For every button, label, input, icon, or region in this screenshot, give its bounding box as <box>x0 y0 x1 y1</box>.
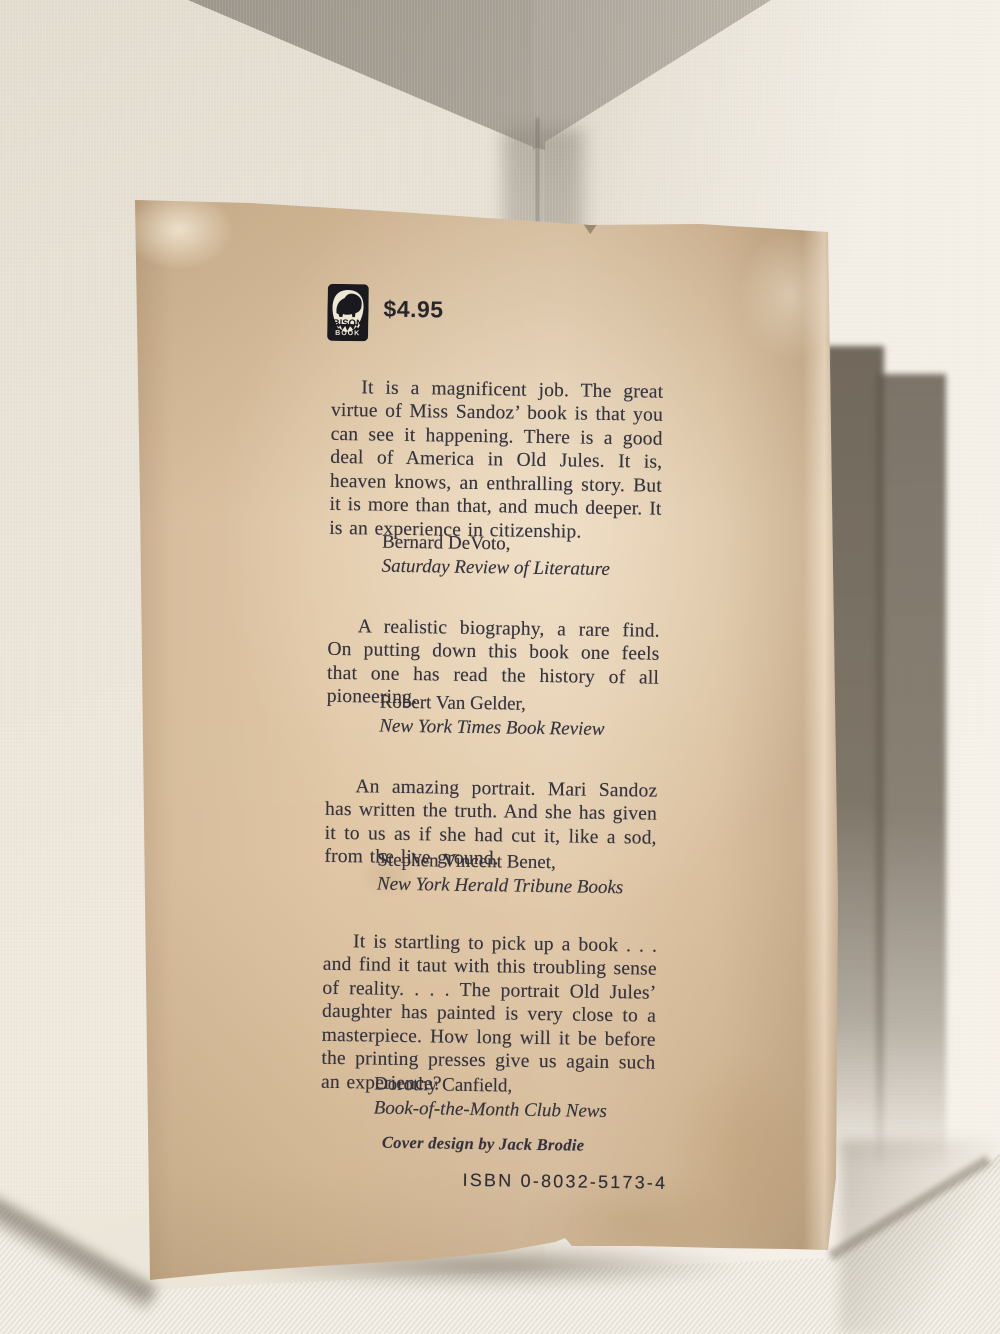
floor-shade-right <box>840 1140 1000 1334</box>
cover-design-credit: Cover design by Jack Brodie <box>317 1132 649 1157</box>
quote-attribution: Bernard DeVoto, Saturday Review of Liter… <box>382 531 611 581</box>
quote-attribution: Dorothy Canfield, Book-of-the-Month Club… <box>374 1073 608 1123</box>
quote-author: Stephen Vincent Benet, <box>377 849 624 876</box>
quote-author: Dorothy Canfield, <box>374 1073 608 1100</box>
logo-text-bison: BISON <box>333 318 363 329</box>
quote-source: Book-of-the-Month Club News <box>374 1096 608 1123</box>
bison-book-logo-icon: BISON BOOK <box>327 284 369 342</box>
book-cast-shadow-outer <box>876 374 946 1170</box>
quote-source: New York Times Book Review <box>379 714 604 741</box>
isbn-label: ISBN 0-8032-5173-4 <box>462 1170 667 1194</box>
quote-attribution: Stephen Vincent Benet, New York Herald T… <box>377 849 624 900</box>
quote-author: Bernard DeVoto, <box>382 531 610 558</box>
quote-attribution: Robert Van Gelder, New York Times Book R… <box>379 691 605 741</box>
logo-text-book: BOOK <box>335 330 360 337</box>
quote-source: Saturday Review of Literature <box>382 554 610 581</box>
brand-row: BISON BOOK $4.95 <box>327 284 444 343</box>
quote-source: New York Herald Tribune Books <box>377 872 624 899</box>
price-label: $4.95 <box>383 296 443 324</box>
photo-scene: BISON BOOK $4.95 It is a magnificent job… <box>0 0 1000 1334</box>
cover-text-layer: BISON BOOK $4.95 It is a magnificent job… <box>115 195 847 1310</box>
book-back-cover: BISON BOOK $4.95 It is a magnificent job… <box>130 196 846 1300</box>
quote-author: Robert Van Gelder, <box>380 691 605 718</box>
quote-text: It is a magnificent job. The great virtu… <box>329 375 663 545</box>
